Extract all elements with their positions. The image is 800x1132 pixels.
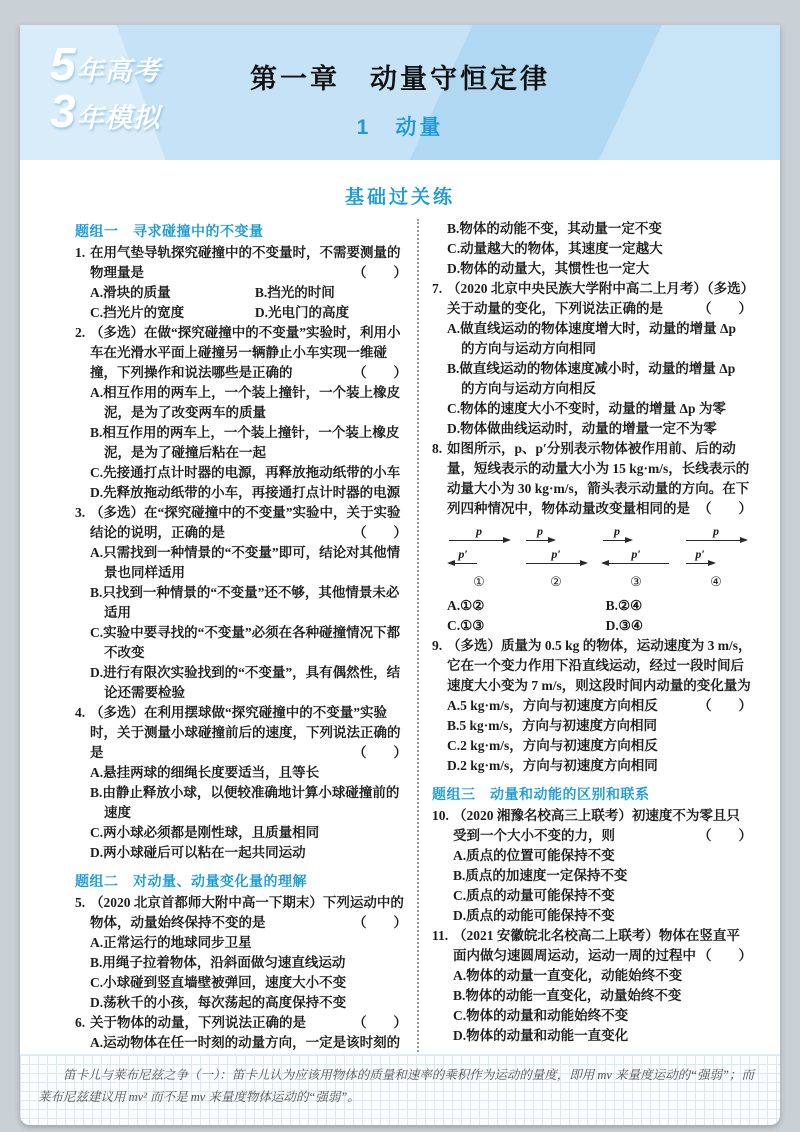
option-c: C.小球碰到竖直墙壁被弹回，速度大小不变 <box>90 973 407 993</box>
figure-case-4: p p′ ④ <box>686 525 746 592</box>
footer-note-area: 笛卡儿与莱布尼兹之争（一）：笛卡儿认为应该用物体的质量和速率的乘积作为运动的量度… <box>20 1054 780 1125</box>
question-number: 10. <box>432 806 449 826</box>
arrow-left-long-icon <box>603 563 669 564</box>
two-column-content: 题组一 寻求碰撞中的不变量 1. 在用气垫导轨探究碰撞中的不变量时，不需要测量的… <box>75 219 752 1084</box>
stem-text: 关于物体的动量，下列说法正确的是 <box>90 1015 306 1030</box>
option-d: D.质点的动能可能保持不变 <box>453 906 752 926</box>
p-label: p <box>537 525 543 538</box>
p-prime-label: p′ <box>458 548 467 561</box>
p-prime-label: p′ <box>551 548 560 561</box>
option-a: A.只需找到一种情景的“不变量”即可，结论对其他情景也同样适用 <box>90 543 407 583</box>
momentum-p-arrow: p <box>686 525 746 541</box>
case-number: ④ <box>710 572 722 592</box>
option-b: B.质点的加速度一定保持不变 <box>453 866 752 886</box>
answer-paren: （ ） <box>353 913 407 933</box>
question-number: 5. <box>75 893 85 913</box>
question-1: 1. 在用气垫导轨探究碰撞中的不变量时，不需要测量的物理量是（ ） A.滑块的质… <box>75 243 407 323</box>
question-10: 10. （2020 湘豫名校高三上联考）初速度不为零且只受到一个大小不变的力，则… <box>432 806 752 926</box>
answer-paren: （ ） <box>698 299 752 319</box>
answer-paren: （ ） <box>353 523 407 543</box>
momentum-arrows-figure: p p′ ① p <box>447 521 752 594</box>
answer-paren: （ ） <box>698 946 752 966</box>
case-number: ③ <box>630 572 642 592</box>
answer-paren: （ ） <box>353 363 407 383</box>
option-c: C.动量越大的物体，其速度一定越大 <box>447 239 752 259</box>
chapter-title: 第一章 动量守恒定律 <box>20 57 780 96</box>
option-d: D.物体的动量和动能一直变化 <box>453 1026 752 1046</box>
question-stem: （2020 北京首都师大附中高一下期末）下列运动中的物体，动量始终保持不变的是（… <box>90 893 407 933</box>
momentum-p-prime-arrow: p′ <box>526 548 586 564</box>
option-b: B.用绳子拉着物体，沿斜面做匀速直线运动 <box>90 953 407 973</box>
answer-paren: （ ） <box>698 826 752 846</box>
question-9: 9. （多选）质量为 0.5 kg 的物体，运动速度为 3 m/s，它在一个变力… <box>432 636 752 776</box>
p-prime-label: p′ <box>695 548 704 561</box>
arrow-right-short-icon <box>686 563 714 564</box>
question-stem: （多选）在“探究碰撞中的不变量”实验中，关于实验结论的说明，正确的是（ ） <box>90 503 407 543</box>
question-7: 7. （2020 北京中央民族大学附中高二上月考）（多选）关于动量的变化，下列说… <box>432 279 752 439</box>
question-stem: （2020 湘豫名校高三上联考）初速度不为零且只受到一个大小不变的力，则（ ） <box>453 806 752 846</box>
option-c: C.物体的动量和动能始终不变 <box>453 1006 752 1026</box>
figure-case-2: p p′ ② <box>526 525 586 592</box>
question-number: 9. <box>432 636 442 656</box>
option-c: C.2 kg·m/s，方向与初速度方向相反 <box>447 736 752 756</box>
option-c: C.先接通打点计时器的电源，再释放拖动纸带的小车 <box>90 463 407 483</box>
question-stem: （多选）在利用摆球做“探究碰撞中的不变量”实验时，关于测量小球碰撞前后的速度，下… <box>90 703 407 763</box>
p-label: p <box>476 525 482 538</box>
option-row: A.滑块的质量 B.挡光的时间 <box>90 283 407 303</box>
header-band: 5年高考 3年模拟 第一章 动量守恒定律 1 动量 <box>20 25 780 160</box>
question-6-continued: B.物体的动能不变，其动量一定不变 C.动量越大的物体，其速度一定越大 D.物体… <box>432 219 752 279</box>
option-a: A.质点的位置可能保持不变 <box>453 846 752 866</box>
arrow-left-short-icon <box>449 563 477 564</box>
question-stem: （2020 北京中央民族大学附中高二上月考）（多选）关于动量的变化，下列说法正确… <box>447 279 752 319</box>
group-title-1: 题组一 寻求碰撞中的不变量 <box>75 221 407 241</box>
option-c: C.挡光片的宽度 <box>90 303 255 323</box>
stem-text: （2021 安徽皖北名校高二上联考）物体在竖直平面内做匀速圆周运动，运动一周的过… <box>453 928 740 963</box>
group-title-3: 题组三 动量和动能的区别和联系 <box>432 784 752 804</box>
question-stem: （多选）在做“探究碰撞中的不变量”实验时，利用小车在光滑水平面上碰撞另一辆静止小… <box>90 323 407 383</box>
question-number: 8. <box>432 439 442 459</box>
option-a: A.做直线运动的物体速度增大时，动量的增量 Δp 的方向与运动方向相同 <box>447 319 752 359</box>
case-number: ① <box>473 572 485 592</box>
question-number: 2. <box>75 323 85 343</box>
arrow-right-short-icon <box>526 540 554 541</box>
option-b: B.5 kg·m/s，方向与初速度方向相同 <box>447 716 752 736</box>
history-note-text: 笛卡儿与莱布尼兹之争（一）：笛卡儿认为应该用物体的质量和速率的乘积作为运动的量度… <box>38 1064 762 1108</box>
option-row: C.挡光片的宽度 D.光电门的高度 <box>90 303 407 323</box>
option-d: D.荡秋千的小孩，每次荡起的高度保持不变 <box>90 993 407 1013</box>
option-c: C.①③ <box>447 616 606 636</box>
right-column: B.物体的动能不变，其动量一定不变 C.动量越大的物体，其速度一定越大 D.物体… <box>417 219 752 1084</box>
left-column: 题组一 寻求碰撞中的不变量 1. 在用气垫导轨探究碰撞中的不变量时，不需要测量的… <box>75 219 407 1084</box>
arrow-right-long-icon <box>686 540 746 541</box>
option-a: A.滑块的质量 <box>90 283 255 303</box>
option-b: B.挡光的时间 <box>255 283 407 303</box>
option-b: B.物体的动能不变，其动量一定不变 <box>447 219 752 239</box>
question-number: 6. <box>75 1013 85 1033</box>
option-a: A.正常运行的地球同步卫星 <box>90 933 407 953</box>
option-b: B.做直线运动的物体速度减小时，动量的增量 Δp 的方向与运动方向相反 <box>447 359 752 399</box>
option-a: A.相互作用的两车上，一个装上撞针，一个装上橡皮泥，是为了改变两车的质量 <box>90 383 407 423</box>
figure-case-3: p p′ ③ <box>603 525 669 592</box>
option-d: D.光电门的高度 <box>255 303 407 323</box>
option-d: D.先释放拖动纸带的小车，再接通打点计时器的电源 <box>90 483 407 503</box>
question-2: 2. （多选）在做“探究碰撞中的不变量”实验时，利用小车在光滑水平面上碰撞另一辆… <box>75 323 407 503</box>
momentum-p-arrow: p <box>526 525 554 541</box>
question-stem: （2021 安徽皖北名校高二上联考）物体在竖直平面内做匀速圆周运动，运动一周的过… <box>453 926 752 966</box>
momentum-p-arrow: p <box>603 525 631 541</box>
question-stem: 如图所示，p、p′分别表示物体被作用前、后的动量，短线表示的动量大小为 15 k… <box>447 439 752 519</box>
option-d: D.物体做曲线运动时，动量的增量一定不为零 <box>447 419 752 439</box>
answer-paren: （ ） <box>353 1013 407 1033</box>
question-5: 5. （2020 北京首都师大附中高一下期末）下列运动中的物体，动量始终保持不变… <box>75 893 407 1013</box>
question-number: 11. <box>432 926 448 946</box>
question-stem: （多选）质量为 0.5 kg 的物体，运动速度为 3 m/s，它在一个变力作用下… <box>447 636 752 696</box>
answer-paren: （ ） <box>698 696 752 716</box>
stem-text: （多选）质量为 0.5 kg 的物体，运动速度为 3 m/s，它在一个变力作用下… <box>447 638 752 693</box>
option-c: C.物体的速度大小不变时，动量的增量 Δp 为零 <box>447 399 752 419</box>
option-b: B.由静止释放小球，以便较准确地计算小球碰撞前的速度 <box>90 783 407 823</box>
question-number: 1. <box>75 243 85 263</box>
momentum-p-prime-arrow: p′ <box>686 548 714 564</box>
option-a: A.①② <box>447 596 606 616</box>
option-d: D.进行有限次实验找到的“不变量”，具有偶然性，结论还需要检验 <box>90 663 407 703</box>
arrow-right-long-icon <box>449 540 509 541</box>
p-label: p <box>713 525 719 538</box>
stem-text: （2020 湘豫名校高三上联考）初速度不为零且只受到一个大小不变的力，则 <box>453 808 740 843</box>
question-8: 8. 如图所示，p、p′分别表示物体被作用前、后的动量，短线表示的动量大小为 1… <box>432 439 752 636</box>
p-prime-label: p′ <box>631 548 640 561</box>
figure-case-1: p p′ ① <box>449 525 509 592</box>
momentum-p-prime-arrow: p′ <box>449 548 477 564</box>
question-number: 7. <box>432 279 442 299</box>
practice-band-title: 基础过关练 <box>20 182 780 209</box>
option-a: A.悬挂两球的细绳长度要适当，且等长 <box>90 763 407 783</box>
book-page: 5年高考 3年模拟 第一章 动量守恒定律 1 动量 基础过关练 题组一 寻求碰撞… <box>20 25 780 1125</box>
momentum-p-arrow: p <box>449 525 509 541</box>
answer-paren: （ ） <box>698 499 752 519</box>
group-title-2: 题组二 对动量、动量变化量的理解 <box>75 871 407 891</box>
option-d: D.两小球碰后可以粘在一起共同运动 <box>90 843 407 863</box>
option-b: B.相互作用的两车上，一个装上撞针，一个装上橡皮泥，是为了碰撞后粘在一起 <box>90 423 407 463</box>
option-c: C.实验中要寻找的“不变量”必须在各种碰撞情况下都不改变 <box>90 623 407 663</box>
section-title: 1 动量 <box>20 111 780 141</box>
question-stem: 在用气垫导轨探究碰撞中的不变量时，不需要测量的物理量是（ ） <box>90 243 407 283</box>
p-label: p <box>614 525 620 538</box>
question-number: 3. <box>75 503 85 523</box>
question-stem: 关于物体的动量，下列说法正确的是（ ） <box>90 1013 407 1033</box>
option-b: B.物体的动能一直变化，动量始终不变 <box>453 986 752 1006</box>
case-number: ② <box>550 572 562 592</box>
option-d: D.物体的动量大，其惯性也一定大 <box>447 259 752 279</box>
option-b: B.②④ <box>606 596 752 616</box>
option-b: B.只找到一种情景的“不变量”还不够，其他情景未必适用 <box>90 583 407 623</box>
option-d: D.2 kg·m/s，方向与初速度方向相同 <box>447 756 752 776</box>
momentum-p-prime-arrow: p′ <box>603 548 669 564</box>
question-3: 3. （多选）在“探究碰撞中的不变量”实验中，关于实验结论的说明，正确的是（ ）… <box>75 503 407 703</box>
option-c: C.两小球必须都是刚性球，且质量相同 <box>90 823 407 843</box>
answer-paren: （ ） <box>353 263 407 283</box>
arrow-right-long-icon <box>526 563 586 564</box>
arrow-right-short-icon <box>603 540 631 541</box>
question-number: 4. <box>75 703 85 723</box>
question-11: 11. （2021 安徽皖北名校高二上联考）物体在竖直平面内做匀速圆周运动，运动… <box>432 926 752 1046</box>
question-4: 4. （多选）在利用摆球做“探究碰撞中的不变量”实验时，关于测量小球碰撞前后的速… <box>75 703 407 863</box>
option-row: A.①② B.②④ <box>447 596 752 616</box>
option-a: A.物体的动量一直变化，动能始终不变 <box>453 966 752 986</box>
option-c: C.质点的动量可能保持不变 <box>453 886 752 906</box>
answer-paren: （ ） <box>353 743 407 763</box>
option-row: C.①③ D.③④ <box>447 616 752 636</box>
option-d: D.③④ <box>606 616 752 636</box>
